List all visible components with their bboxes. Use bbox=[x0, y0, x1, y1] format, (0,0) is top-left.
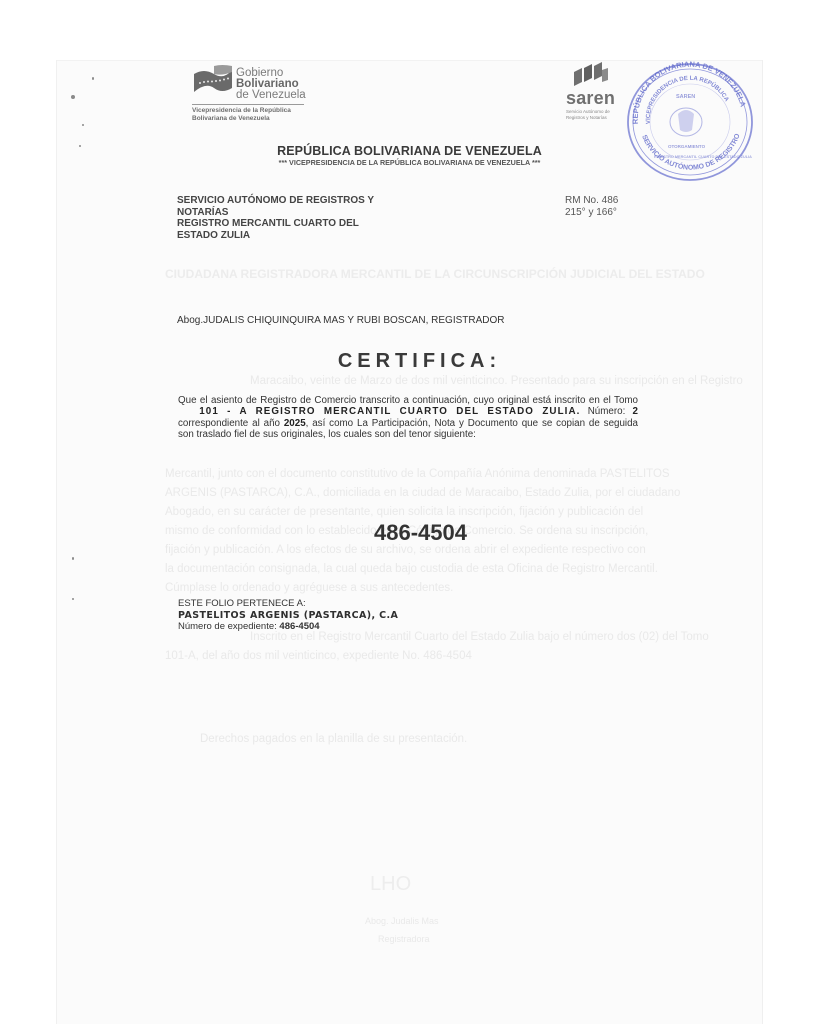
logo-divider bbox=[192, 104, 304, 105]
bleed-through-text: CIUDADANA REGISTRADORA MERCANTIL DE LA C… bbox=[165, 265, 705, 284]
registry-number: RM No. 486 215° y 166° bbox=[565, 195, 618, 218]
bleed-through-text: 101-A, del año dos mil veinticinco, expe… bbox=[165, 647, 472, 666]
gobierno-bolivariano-logo: Gobierno Bolivariano de Venezuela Vicepr… bbox=[192, 64, 322, 130]
gobierno-logo-text: Gobierno Bolivariano de Venezuela bbox=[236, 68, 306, 101]
bleed-through-text: Cúmplase lo ordenado y agréguese a sus a… bbox=[165, 579, 453, 598]
certification-body: Que el asiento de Registro de Comercio t… bbox=[178, 395, 638, 441]
saren-subtitle: Servicio Autónomo de Registros y Notaría… bbox=[566, 109, 610, 120]
scan-speck bbox=[72, 557, 74, 560]
expediente-value: 486-4504 bbox=[279, 621, 319, 632]
office-name: SERVICIO AUTÓNOMO DE REGISTROS Y NOTARÍA… bbox=[177, 195, 374, 241]
certifica-heading: CERTIFICA: bbox=[0, 350, 819, 373]
bleed-through-text: Registradora bbox=[378, 930, 430, 949]
expediente-line: Número de expediente: 486-4504 bbox=[178, 621, 398, 633]
document-title: REPÚBLICA BOLIVARIANA DE VENEZUELA bbox=[0, 144, 819, 158]
bleed-through-text: la documentación consignada, la cual que… bbox=[165, 560, 658, 579]
gobierno-logo-subtitle: Vicepresidencia de la República Bolivari… bbox=[192, 107, 291, 122]
registrar-name: Abog.JUDALIS CHIQUINQUIRA MAS Y RUBI BOS… bbox=[177, 315, 505, 326]
coat-of-arms-icon bbox=[678, 110, 694, 132]
bleed-through-signature: LHO bbox=[370, 875, 411, 894]
scan-speck bbox=[71, 95, 75, 99]
scan-speck bbox=[92, 77, 94, 80]
bleed-through-text: Abog. Judalis Mas bbox=[365, 912, 439, 931]
bleed-through-text: ARGENIS (PASTARCA), C.A., domiciliada en… bbox=[165, 484, 680, 503]
numero-value: 2 bbox=[633, 406, 638, 417]
scan-speck bbox=[72, 598, 74, 600]
company-name: PASTELITOS ARGENIS (PASTARCA), C.A bbox=[178, 610, 398, 622]
bleed-through-text: Mercantil, junto con el documento consti… bbox=[165, 465, 670, 484]
year-value: 2025 bbox=[284, 418, 306, 429]
saren-mark-icon bbox=[570, 62, 610, 88]
flag-icon bbox=[192, 64, 234, 100]
bleed-through-text: Maracaibo, veinte de Marzo de dos mil ve… bbox=[250, 372, 743, 391]
document-subtitle: *** VICEPRESIDENCIA DE LA REPÚBLICA BOLI… bbox=[0, 158, 819, 167]
stamp-center-top: SAREN bbox=[676, 94, 695, 100]
bleed-through-text: Derechos pagados en la planilla de su pr… bbox=[200, 730, 467, 749]
folio-label: ESTE FOLIO PERTENECE A: bbox=[178, 598, 398, 610]
folio-owner-block: ESTE FOLIO PERTENECE A: PASTELITOS ARGEN… bbox=[178, 598, 398, 633]
scan-speck bbox=[82, 124, 84, 126]
expediente-number-large: 486-4504 bbox=[0, 520, 819, 546]
tomo-value: 101 - A REGISTRO MERCANTIL CUARTO DEL ES… bbox=[199, 406, 580, 417]
